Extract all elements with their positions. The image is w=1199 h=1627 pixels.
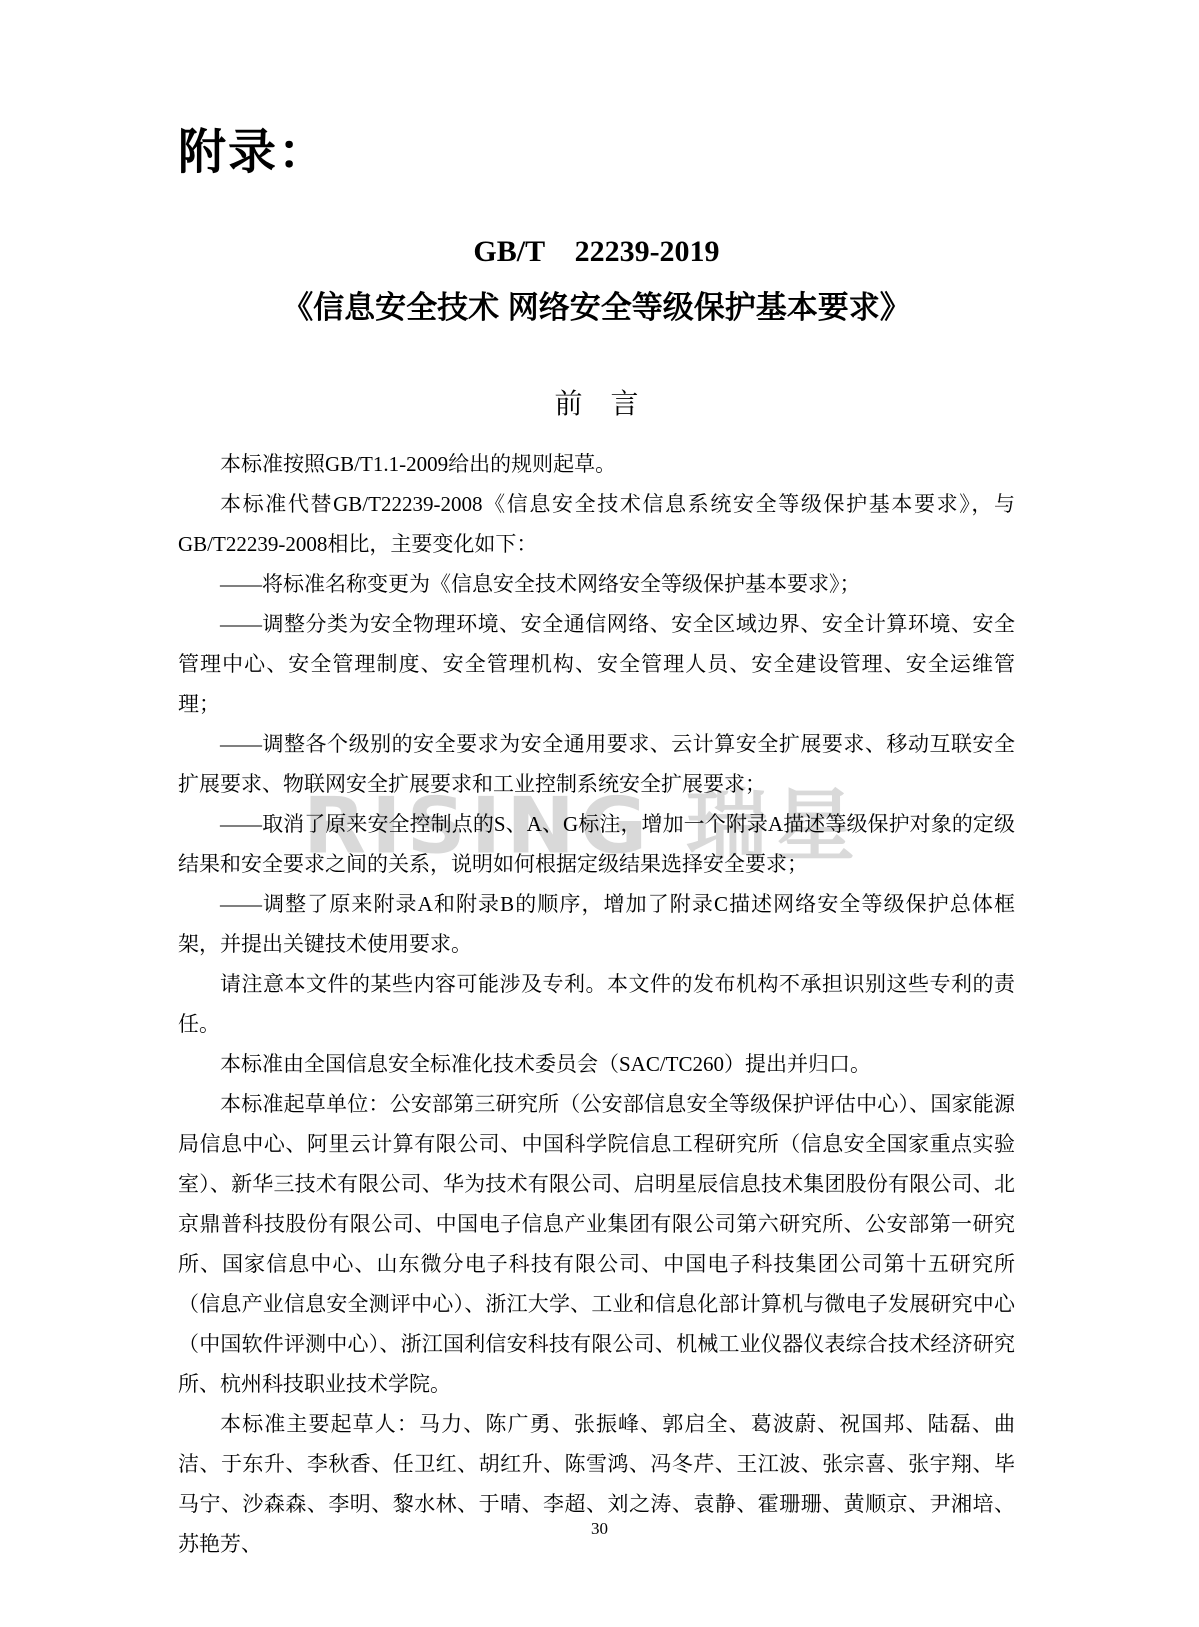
foreword-paragraph-6: ——取消了原来安全控制点的S、A、G标注，增加一个附录A描述等级保护对象的定级结… <box>178 804 1015 884</box>
foreword-paragraph-3: ——将标准名称变更为《信息安全技术网络安全等级保护基本要求》； <box>178 564 1015 604</box>
appendix-label: 附录： <box>178 128 1015 178</box>
foreword-paragraph-10: 本标准起草单位：公安部第三研究所（公安部信息安全等级保护评估中心）、国家能源局信… <box>178 1084 1015 1404</box>
foreword-body: 本标准按照GB/T1.1-2009给出的规则起草。 本标准代替GB/T22239… <box>178 444 1015 1564</box>
page-number: 30 <box>0 1519 1199 1539</box>
foreword-heading: 前 言 <box>178 388 1015 422</box>
foreword-paragraph-4: ——调整分类为安全物理环境、安全通信网络、安全区域边界、安全计算环境、安全管理中… <box>178 604 1015 724</box>
foreword-paragraph-2: 本标准代替GB/T22239-2008《信息安全技术信息系统安全等级保护基本要求… <box>178 484 1015 564</box>
foreword-paragraph-8: 请注意本文件的某些内容可能涉及专利。本文件的发布机构不承担识别这些专利的责任。 <box>178 964 1015 1044</box>
foreword-paragraph-1: 本标准按照GB/T1.1-2009给出的规则起草。 <box>178 444 1015 484</box>
foreword-paragraph-5: ——调整各个级别的安全要求为安全通用要求、云计算安全扩展要求、移动互联安全扩展要… <box>178 724 1015 804</box>
foreword-paragraph-7: ——调整了原来附录A和附录B的顺序，增加了附录C描述网络安全等级保护总体框架，并… <box>178 884 1015 964</box>
page-content: 附录： GB/T 22239-2019 《信息安全技术 网络安全等级保护基本要求… <box>178 0 1015 1564</box>
standard-title: 《信息安全技术 网络安全等级保护基本要求》 <box>178 288 1015 328</box>
document-page: RISING 瑞星 附录： GB/T 22239-2019 《信息安全技术 网络… <box>0 0 1199 1627</box>
standard-number: GB/T 22239-2019 <box>178 236 1015 268</box>
foreword-paragraph-11: 本标准主要起草人：马力、陈广勇、张振峰、郭启全、葛波蔚、祝国邦、陆磊、曲洁、于东… <box>178 1404 1015 1564</box>
foreword-paragraph-9: 本标准由全国信息安全标准化技术委员会（SAC/TC260）提出并归口。 <box>178 1044 1015 1084</box>
